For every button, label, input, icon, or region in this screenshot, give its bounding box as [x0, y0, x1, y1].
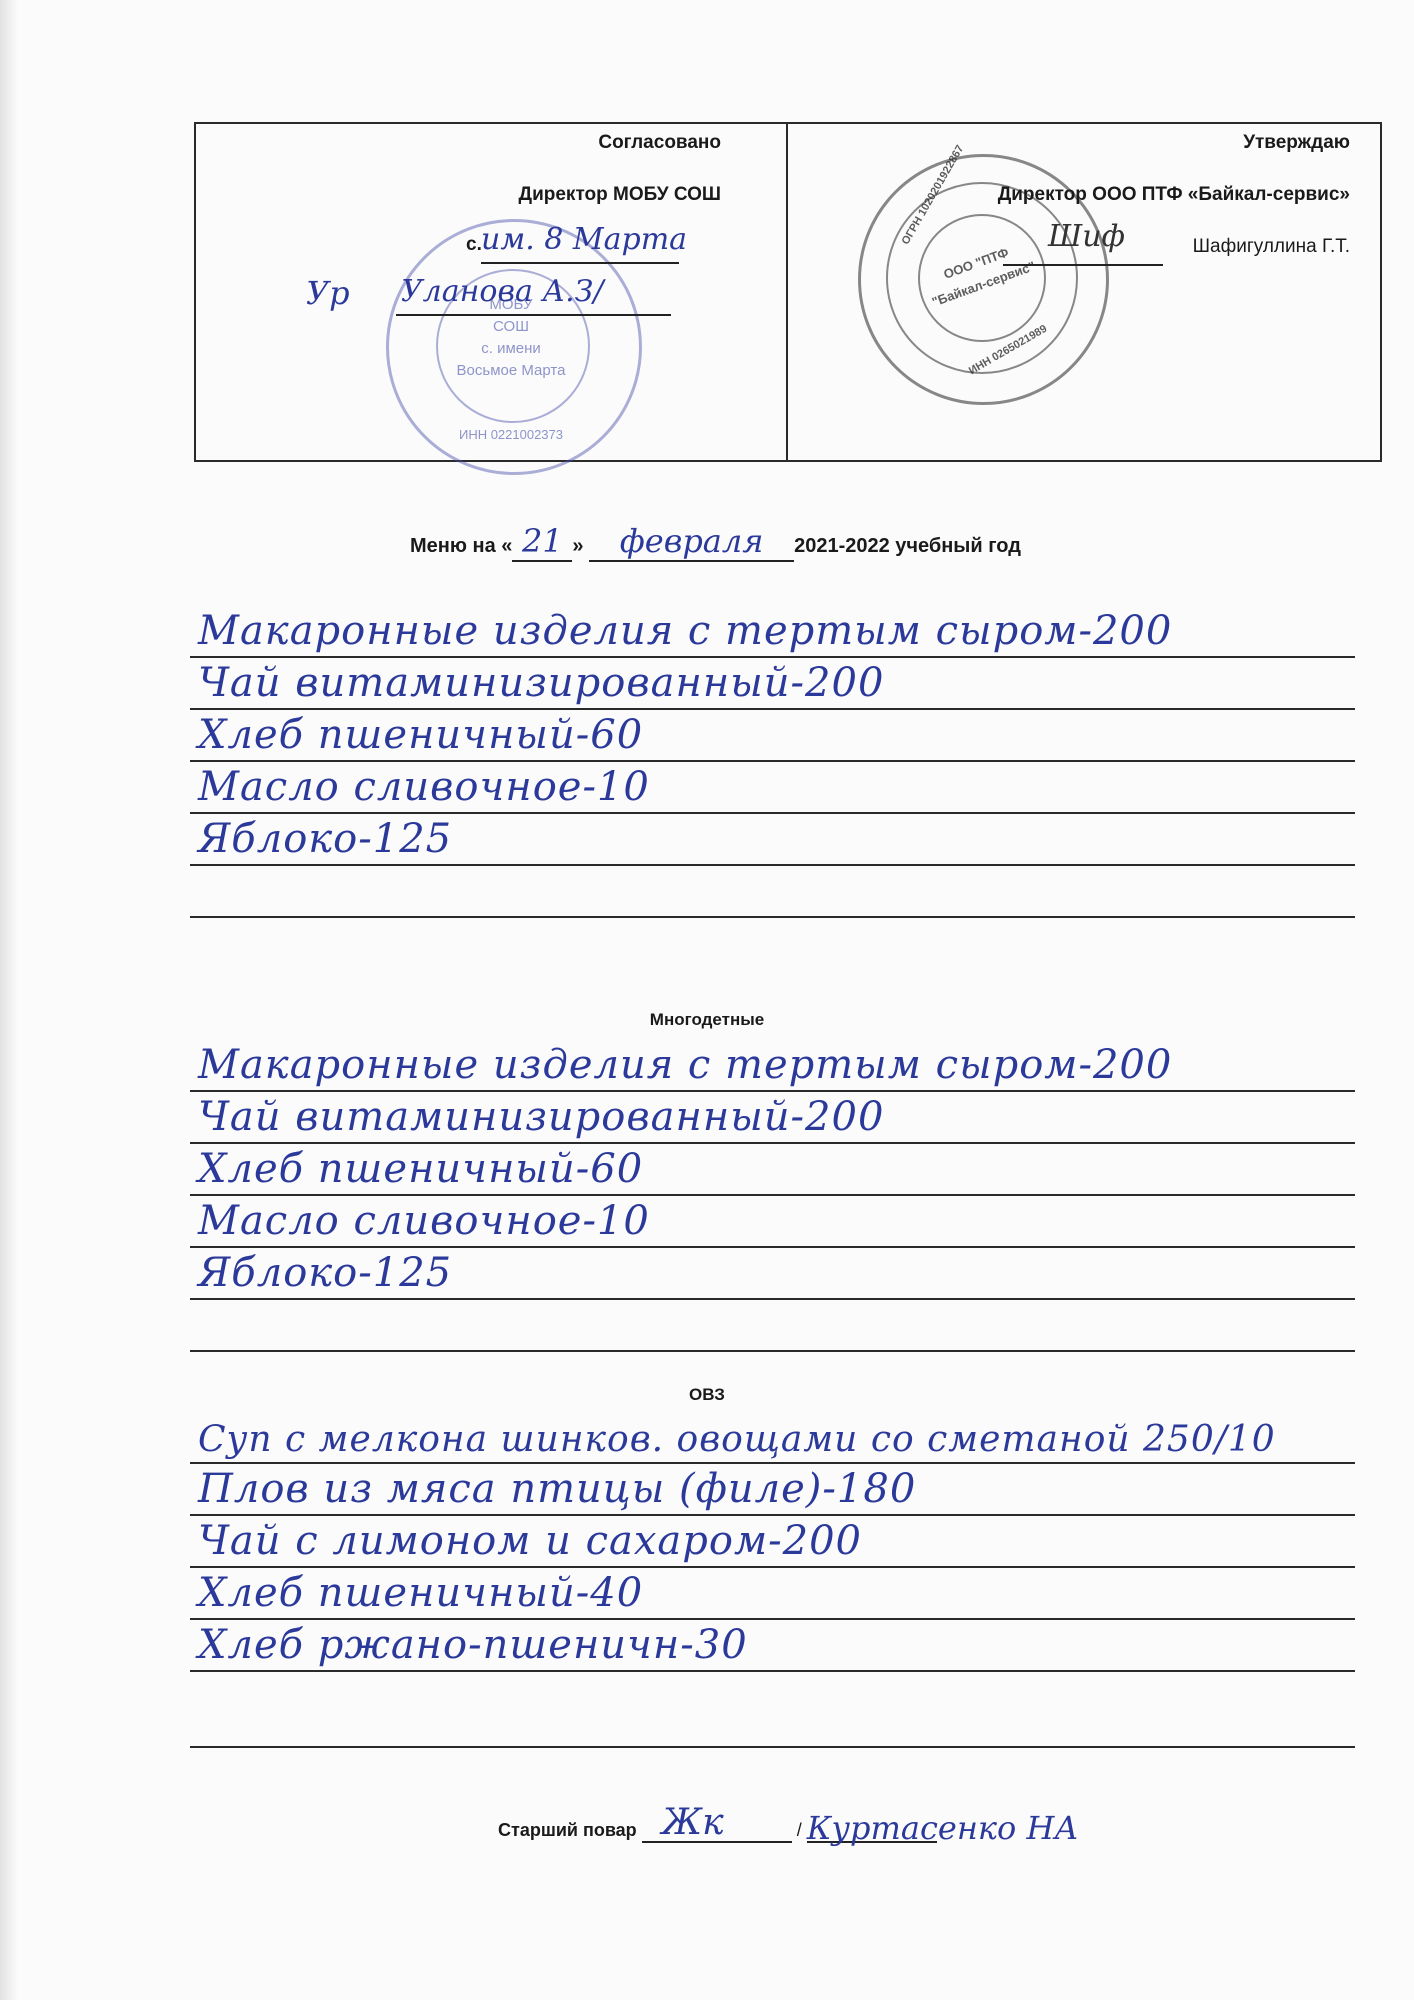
cook-name-handwritten: Куртасенко НА	[807, 1809, 1079, 1847]
approval-table: МОБУ СОШ с. имени Восьмое Марта ИНН 0221…	[194, 122, 1382, 462]
menu-line: Яблоко-125	[190, 1248, 1355, 1300]
scan-edge	[0, 0, 18, 2000]
village-prefix: с.	[466, 234, 482, 256]
director-name-handwritten: Уланова А.З/	[401, 274, 603, 309]
agreed-cell: МОБУ СОШ с. имени Восьмое Марта ИНН 0221…	[196, 124, 788, 460]
menu-line: Макаронные изделия с тертым сыром-200	[190, 606, 1355, 658]
senior-cook-signature: Старший повар Жк / Куртасенко НА	[498, 1820, 937, 1843]
company-director-name: Шафигуллина Г.Т.	[1193, 236, 1350, 258]
village-underline	[481, 262, 679, 264]
menu-line: Масло сливочное-10	[190, 762, 1355, 814]
director-name-underline	[396, 314, 671, 316]
village-handwritten: им. 8 Марта	[481, 222, 687, 257]
menu-line: Чай витаминизированный-200	[190, 1092, 1355, 1144]
senior-cook-label: Старший повар	[498, 1820, 637, 1840]
agreed-position: Директор МОБУ СОШ	[519, 184, 721, 206]
menu-line: Суп с мелкона шинков. овощами со сметано…	[190, 1412, 1355, 1464]
menu-line	[190, 1300, 1355, 1352]
menu-section-special-needs: Суп с мелкона шинков. овощами со сметано…	[190, 1412, 1355, 1748]
title-year: 2021-2022 учебный год	[794, 535, 1021, 557]
title-month: февраля	[589, 522, 794, 562]
company-signature-underline	[1003, 264, 1163, 266]
menu-line	[190, 1672, 1355, 1748]
section-heading-special-needs: ОВЗ	[0, 1385, 1414, 1405]
menu-line	[190, 866, 1355, 918]
agreed-heading: Согласовано	[598, 132, 721, 154]
menu-line: Чай витаминизированный-200	[190, 658, 1355, 710]
title-day: 21	[512, 522, 572, 562]
signature-line: Жк	[642, 1820, 792, 1843]
menu-line: Масло сливочное-10	[190, 1196, 1355, 1248]
menu-section-large-families: Макаронные изделия с тертым сыром-200 Ча…	[190, 1040, 1355, 1352]
approved-cell: ООО "ПТФ "Байкал-сервис" ОГРН 1020201922…	[788, 124, 1380, 460]
menu-line: Хлеб ржано-пшеничн-30	[190, 1620, 1355, 1672]
approved-position: Директор ООО ПТФ «Байкал-сервис»	[998, 184, 1350, 206]
menu-line: Чай с лимоном и сахаром-200	[190, 1516, 1355, 1568]
cook-signature: Жк	[662, 1802, 724, 1843]
menu-line: Плов из мяса птицы (филе)-180	[190, 1464, 1355, 1516]
menu-line: Макаронные изделия с тертым сыром-200	[190, 1040, 1355, 1092]
menu-line: Яблоко-125	[190, 814, 1355, 866]
company-director-signature: Шиф	[1048, 219, 1125, 254]
approved-heading: Утверждаю	[1243, 132, 1350, 154]
menu-line: Хлеб пшеничный-60	[190, 1144, 1355, 1196]
school-stamp-inn: ИНН 0221002373	[416, 424, 606, 446]
section-heading-large-families: Многодетные	[0, 1010, 1414, 1030]
menu-section-general: Макаронные изделия с тертым сыром-200 Ча…	[190, 606, 1355, 918]
page-title: Меню на «21» февраля2021-2022 учебный го…	[410, 522, 1021, 562]
menu-line: Хлеб пшеничный-60	[190, 710, 1355, 762]
menu-line: Хлеб пшеничный-40	[190, 1568, 1355, 1620]
name-line: Куртасенко НА	[807, 1820, 937, 1843]
director-signature: Ур	[306, 274, 350, 312]
